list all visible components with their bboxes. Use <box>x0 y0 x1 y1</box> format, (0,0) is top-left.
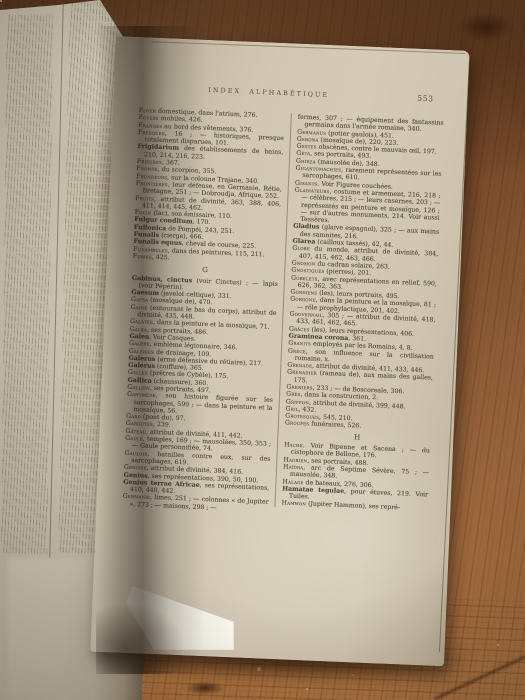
entry-headword: Ganymède <box>127 391 156 399</box>
page-header: INDEX ALPHABÉTIQUE 553 <box>140 83 444 105</box>
entry-headword: Frontières <box>136 180 168 188</box>
entry-headword: Hamatae tegulae <box>282 485 344 495</box>
entry-headword: Grèce <box>288 347 306 355</box>
entry-headword: Germanie <box>123 493 151 501</box>
index-column-left: Foyer domestique, dans l'atrium, 276.Foy… <box>122 107 285 514</box>
entry-headword: Gabinus, cinctus <box>132 274 193 284</box>
entry-headword: Gladius <box>293 223 320 231</box>
entry-headword: Hammon <box>281 500 306 508</box>
wood-knot-top <box>458 12 514 42</box>
wood-knot-bottom <box>182 680 228 696</box>
entry-headword: Gladiateurs <box>295 187 330 195</box>
index-column-right: fermes, 307 ; — équipement des fantassin… <box>274 113 443 513</box>
entry-headword: Gouvernail <box>289 311 322 319</box>
running-title: INDEX ALPHABÉTIQUE <box>140 83 398 102</box>
index-columns: Foyer domestique, dans l'atrium, 276.Foy… <box>122 107 445 520</box>
entry-headword: Globe <box>292 245 310 253</box>
left-page-text-column-1 <box>1 14 53 554</box>
entry-headword: Gobelets <box>291 274 318 282</box>
entry-headword: Groupes <box>285 420 310 428</box>
entry-headword: Gigantomachies <box>295 165 341 174</box>
entry-headword: Gorgone <box>290 296 316 304</box>
wood-speckles <box>0 0 2 2</box>
entry-headword: Grenadier <box>287 369 317 377</box>
entry-headword: Gaine <box>131 304 148 312</box>
entry-headword: Furies <box>133 253 152 261</box>
entry-headword: Fruits <box>135 195 154 203</box>
entry-headword: Hache <box>284 441 303 449</box>
entry-headword: Frigidarium <box>137 143 179 152</box>
entry-headword: Gaulois <box>124 449 147 457</box>
page-number: 553 <box>417 94 434 104</box>
entry-headword: Haïdra <box>283 463 303 471</box>
entry-headword: Fresques <box>138 129 165 137</box>
index-page: INDEX ALPHABÉTIQUE 553 Foyer domestique,… <box>90 36 469 666</box>
entry-headword: Gaule <box>125 435 143 443</box>
